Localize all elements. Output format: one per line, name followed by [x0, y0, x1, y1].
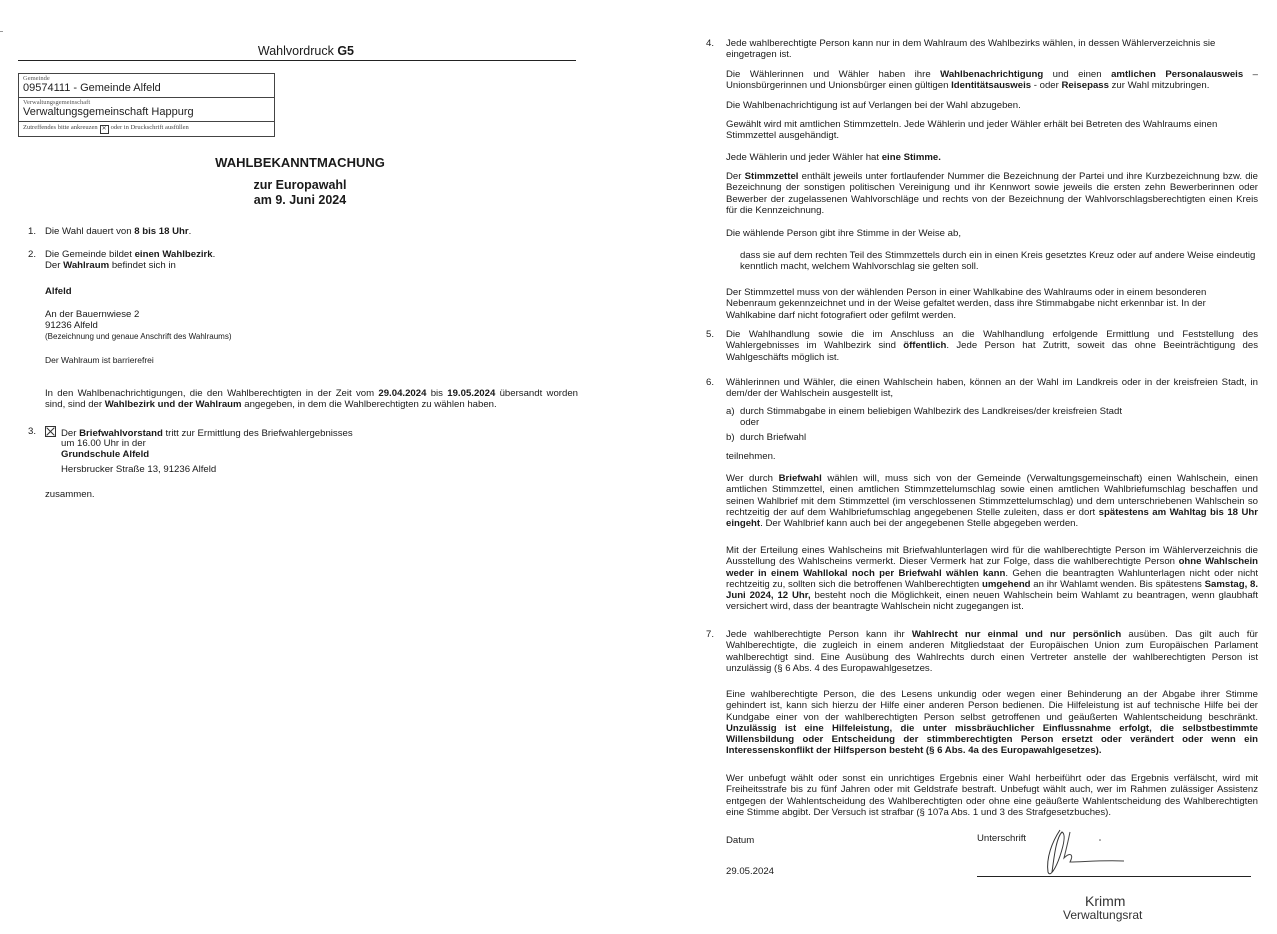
option-b: b) durch Briefwahl [740, 432, 1258, 443]
admin-union-label: Verwaltungsgemeinschaft [23, 99, 270, 106]
section-number: 1. [28, 226, 36, 237]
text: enthält jeweils unter fortlaufender Numm… [726, 171, 1258, 216]
meeting-time: um 16.00 Uhr in der [61, 438, 216, 449]
paragraph: Die wählende Person gibt ihre Stimme in … [726, 228, 1258, 239]
section-number: 7. [706, 629, 714, 640]
text: befindet sich in [109, 260, 176, 271]
scan-mark [0, 31, 3, 32]
text-bold: Wahlbezirk und der Wahlraum [105, 399, 242, 410]
text: . [213, 249, 216, 260]
municipality-value: 09574111 - Gemeinde Alfeld [23, 82, 270, 95]
paragraph: Jede wahlberechtigte Person kann nur in … [726, 38, 1258, 61]
date-value: 29.05.2024 [726, 866, 774, 877]
text-bold: Wahlraum [63, 260, 109, 271]
text-bold: Identitätsausweis [951, 80, 1031, 91]
text: angegeben, in dem die Wahlberechtigten z… [242, 399, 497, 410]
address-hint: (Bezeichnung und genaue Anschrift des Wa… [45, 332, 231, 342]
date-label: Datum [726, 835, 754, 846]
text: In den Wahlbenachrichtigungen, die den W… [45, 388, 378, 399]
paragraph: Jede Wählerin und jeder Wähler hat eine … [726, 152, 1258, 163]
paragraph: Wählerinnen und Wähler, die einen Wahlsc… [726, 377, 1258, 400]
section-number: 2. [28, 249, 36, 260]
date-end: 19.05.2024 [447, 388, 495, 399]
signer-name: Krimm [1085, 893, 1125, 909]
accessibility-note: Der Wahlraum ist barrierefrei [45, 355, 154, 366]
section-3-details: um 16.00 Uhr in der Grundschule Alfeld H… [61, 438, 216, 475]
text-bold: Reisepass [1061, 80, 1108, 91]
paragraph-indented: dass sie auf dem rechten Teil des Stimmz… [740, 250, 1258, 273]
text-bold: eine Stimme. [882, 152, 941, 163]
voting-hours: 8 bis 18 Uhr [134, 226, 188, 237]
section-6: 6. Wählerinnen und Wähler, die einen Wah… [726, 377, 1258, 400]
text-bold: einen Wahlbezirk [135, 249, 213, 260]
text: bis [426, 388, 447, 399]
text: Die Wahl dauert von [45, 226, 134, 237]
admin-union-value: Verwaltungsgemeinschaft Happurg [23, 106, 270, 119]
paragraph: Eine wahlberechtigte Person, die des Les… [726, 689, 1258, 757]
subtitle-line-1: zur Europawahl [0, 178, 600, 193]
section-number: 4. [706, 38, 714, 49]
place-name: Grundschule Alfeld [61, 449, 149, 460]
section-5: 5. Die Wahlhandlung sowie die im Anschlu… [726, 329, 1258, 363]
paragraph: Die Wahlbenachrichtigung ist auf Verlang… [726, 100, 1258, 111]
text: - oder [1031, 80, 1061, 91]
meeting-address: Hersbrucker Straße 13, 91236 Alfeld [61, 464, 216, 475]
polling-place-name: Alfeld [45, 286, 72, 297]
text-bold: Wahlrecht nur einmal und nur persönlich [912, 629, 1121, 640]
option-a: a) durch Stimmabgabe in einem beliebigen… [740, 406, 1258, 429]
section-3-end: zusammen. [45, 489, 95, 500]
text: Wer durch [726, 473, 779, 484]
form-label: Wahlvordruck [258, 44, 334, 58]
paragraph: Mit der Erteilung eines Wahlscheins mit … [726, 545, 1258, 613]
municipality-cell: Gemeinde 09574111 - Gemeinde Alfeld [19, 74, 274, 98]
hint-text-after: oder in Druckschrift ausfüllen [111, 124, 189, 131]
text: Der [726, 171, 745, 182]
section-number: 5. [706, 329, 714, 340]
document-subtitle: zur Europawahl am 9. Juni 2024 [0, 178, 600, 208]
subtitle-line-2: am 9. Juni 2024 [0, 193, 600, 208]
hint-cell: Zutreffendes bitte ankreuzen✕oder in Dru… [19, 122, 274, 136]
option-or: oder [740, 417, 1258, 428]
signer-title: Verwaltungsrat [1063, 908, 1142, 922]
paragraph: Gewählt wird mit amtlichen Stimmzetteln.… [726, 119, 1258, 142]
paragraph: Wer unbefugt wählt oder sonst ein unrich… [726, 773, 1258, 818]
section-number: 6. [706, 377, 714, 388]
form-code-value: G5 [337, 44, 354, 58]
text-bold: umgehend [982, 579, 1031, 590]
section-number: 3. [28, 426, 36, 437]
section-2: 2. Die Gemeinde bildet einen Wahlbezirk.… [45, 249, 215, 272]
street: An der Bauernwiese 2 [45, 309, 231, 320]
text-bold: öffentlich [903, 340, 946, 351]
section-1: 1. Die Wahl dauert von 8 bis 18 Uhr. [45, 226, 191, 237]
text-bold: Unzulässig ist eine Hilfeleistung, die u… [726, 723, 1258, 757]
signature-line [977, 876, 1251, 877]
form-code: Wahlvordruck G5 [18, 44, 576, 58]
fill-hint: Zutreffendes bitte ankreuzen✕oder in Dru… [23, 123, 270, 134]
checked-checkbox-icon [45, 426, 56, 437]
paragraph: Wer durch Briefwahl wählen will, muss si… [726, 473, 1258, 529]
municipality-label: Gemeinde [23, 75, 270, 82]
city: 91236 Alfeld [45, 320, 231, 331]
line: Die Gemeinde bildet einen Wahlbezirk. [45, 249, 215, 260]
place-name: Alfeld [45, 286, 72, 297]
option-text: durch Briefwahl [740, 432, 806, 443]
text: zur Wahl mitzubringen. [1109, 80, 1209, 91]
date-start: 29.04.2024 [378, 388, 426, 399]
text: . [189, 226, 192, 237]
checkbox-sample-icon: ✕ [100, 125, 109, 134]
header-rule [18, 60, 576, 61]
text: und einen [1043, 69, 1111, 80]
paragraph: Der Stimmzettel muss von der wählenden P… [726, 287, 1258, 321]
text-bold: Wahlbenachrichtigung [940, 69, 1043, 80]
text-bold: Briefwahl [779, 473, 822, 484]
text: an ihr Wahlamt wenden. Bis spätestens [1031, 579, 1205, 590]
municipality-box: Gemeinde 09574111 - Gemeinde Alfeld Verw… [18, 73, 275, 137]
text: Eine wahlberechtigte Person, die des Les… [726, 689, 1258, 723]
text: . Der Wahlbrief kann auch bei der angege… [760, 518, 1078, 529]
option-text: durch Stimmabgabe in einem beliebigen Wa… [740, 406, 1258, 417]
text: Jede Wählerin und jeder Wähler hat [726, 152, 882, 163]
text: Die Gemeinde bildet [45, 249, 135, 260]
section-7: 7. Jede wahlberechtigte Person kann ihr … [726, 629, 1258, 674]
notification-note: In den Wahlbenachrichtigungen, die den W… [45, 388, 578, 411]
text: Der [45, 260, 63, 271]
text-bold: Stimmzettel [745, 171, 799, 182]
paragraph: Die Wählerinnen und Wähler haben ihre Wa… [726, 69, 1258, 92]
section-4: 4. Jede wahlberechtigte Person kann nur … [726, 38, 1258, 61]
handwritten-signature-icon [1042, 828, 1132, 878]
text: Jede wahlberechtigte Person kann ihr [726, 629, 912, 640]
signature-label: Unterschrift [977, 833, 1026, 844]
option-letter: b) [726, 432, 735, 443]
text: Die Wählerinnen und Wähler haben ihre [726, 69, 940, 80]
option-letter: a) [726, 406, 735, 417]
document-title: WAHLBEKANNTMACHUNG [0, 155, 600, 170]
polling-place-address: An der Bauernwiese 2 91236 Alfeld (Bezei… [45, 309, 231, 342]
paragraph: Der Stimmzettel enthält jeweils unter fo… [726, 171, 1258, 216]
line: Der Wahlraum befindet sich in [45, 260, 215, 271]
admin-union-cell: Verwaltungsgemeinschaft Verwaltungsgemei… [19, 98, 274, 122]
paragraph: teilnehmen. [726, 451, 1258, 462]
hint-text-before: Zutreffendes bitte ankreuzen [23, 124, 98, 131]
text-bold: amtlichen Personalausweis [1111, 69, 1243, 80]
meeting-place: Grundschule Alfeld [61, 449, 216, 460]
